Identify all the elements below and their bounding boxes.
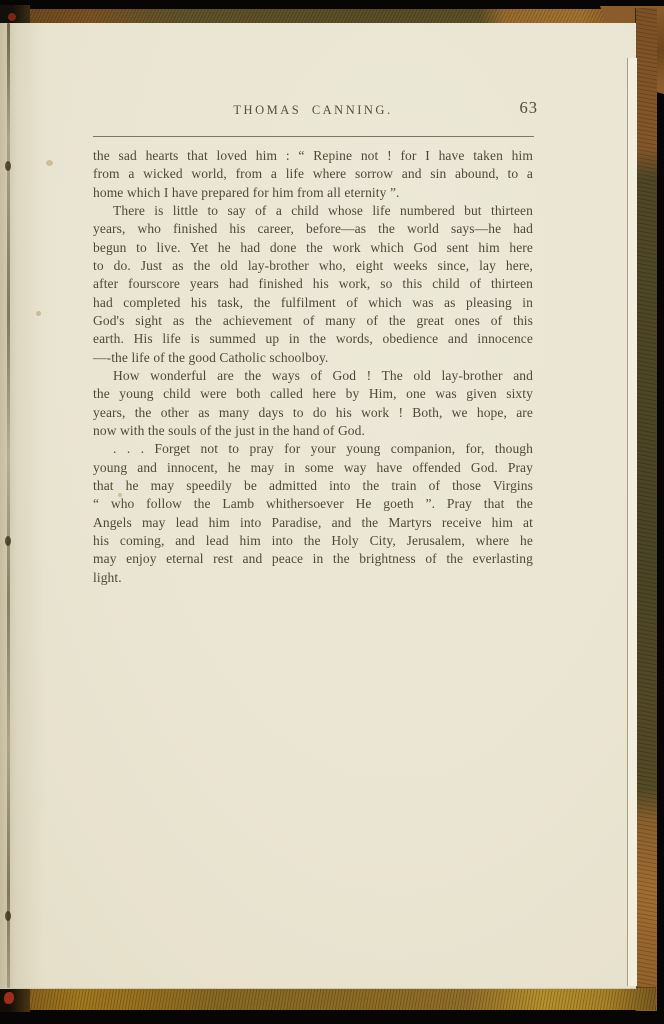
text-line: young and innocent, he may in some way h…	[93, 459, 533, 477]
text-line: now with the souls of the just in the ha…	[93, 422, 533, 440]
book-cover-right-edge	[635, 8, 657, 1011]
text-line: . . . Forget not to pray for your young …	[93, 440, 533, 458]
binding-stitch-mark	[5, 161, 11, 171]
text-line: There is little to say of a child whose …	[93, 202, 533, 220]
header-rule	[93, 136, 534, 137]
underlying-page-edge	[627, 58, 637, 986]
paragraph: How wonderful are the ways of God ! The …	[93, 367, 533, 440]
paragraph: . . . Forget not to pray for your young …	[93, 440, 533, 587]
text-line: had completed his task, the fulfilment o…	[93, 294, 533, 312]
text-line: begun to live. Yet he had done the work …	[93, 239, 533, 257]
body-text: the sad hearts that loved him : “ Repine…	[93, 147, 533, 587]
text-line: “ who follow the Lamb whithersoever He g…	[93, 495, 533, 513]
text-line: How wonderful are the ways of God ! The …	[93, 367, 533, 385]
text-line: home which I have prepared for him from …	[93, 184, 533, 202]
binding-stitch-mark	[5, 536, 11, 546]
text-line: the young child were both called here by…	[93, 385, 533, 403]
foxing-spot	[46, 160, 53, 166]
text-line: may enjoy eternal rest and peace in the …	[93, 550, 533, 568]
paragraph: the sad hearts that loved him : “ Repine…	[93, 147, 533, 202]
text-line: the sad hearts that loved him : “ Repine…	[93, 147, 533, 165]
text-line: that he may speedily be admitted into th…	[93, 477, 533, 495]
paragraph: There is little to say of a child whose …	[93, 202, 533, 367]
text-line: after fourscore years had finished his w…	[93, 275, 533, 293]
text-line: light.	[93, 569, 533, 587]
text-line: —-the life of the good Catholic schoolbo…	[93, 349, 533, 367]
page-number: 63	[520, 98, 539, 118]
text-line: Angels may lead him into Paradise, and t…	[93, 514, 533, 532]
text-line: his coming, and lead him into the Holy C…	[93, 532, 533, 550]
book-cover-bottom-gilt-edge	[28, 987, 656, 1010]
text-line: years, who finished his career, before—a…	[93, 220, 533, 238]
text-line: God's sight as the achievement of many o…	[93, 312, 533, 330]
text-line: from a wicked world, from a life where s…	[93, 165, 533, 183]
red-wax-speck	[8, 13, 16, 21]
text-line: to do. Just as the old lay-brother who, …	[93, 257, 533, 275]
text-line: earth. His life is summed up in the word…	[93, 330, 533, 348]
book-scan: THOMAS CANNING. 63 the sad hearts that l…	[0, 0, 664, 1024]
running-header-title: THOMAS CANNING.	[93, 103, 533, 118]
foxing-spot	[36, 311, 41, 316]
red-wax-speck	[4, 992, 14, 1004]
binding-stitch-mark	[5, 911, 11, 921]
text-line: years, the other as many days to do his …	[93, 404, 533, 422]
